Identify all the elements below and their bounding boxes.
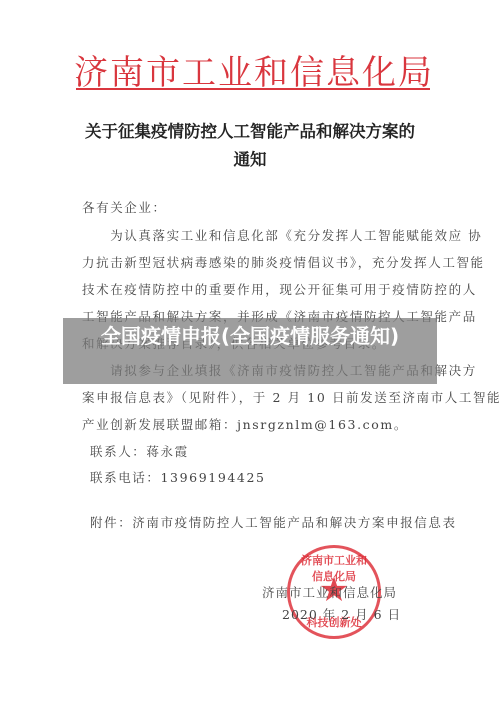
- document-title: 关于征集疫情防控人工智能产品和解决方案的 通知: [60, 118, 440, 174]
- body-line: 技术在疫情防控中的重要作用，现公开征集可用于疫情防控的人: [82, 282, 477, 298]
- body-line: 为认真落实工业和信息化部《充分发挥人工智能赋能效应 协: [82, 228, 482, 244]
- contact-phone: 联系电话：13969194425: [90, 470, 266, 486]
- signature-org: 济南市工业和信息化局: [262, 583, 397, 601]
- salutation: 各有关企业：: [82, 200, 167, 216]
- contact-person: 联系人：蒋永霞: [90, 444, 189, 460]
- attachment-line: 附件：济南市疫情防控人工智能产品和解决方案申报信息表: [90, 515, 457, 531]
- document-title-line-2: 通知: [60, 146, 440, 174]
- org-title: 济南市工业和信息化局: [74, 54, 430, 92]
- body-line: 产业创新发展联盟邮箱：jnsrgznlm@163.com。: [82, 417, 408, 433]
- org-title-underline: [76, 88, 430, 90]
- document-title-line-1: 关于征集疫情防控人工智能产品和解决方案的: [60, 118, 440, 146]
- body-line: 案申报信息表》（见附件），于 2 月 10 日前发送至济南市人工智能: [82, 390, 500, 406]
- caption-text: 全国疫情申报(全国疫情服务通知): [63, 318, 437, 352]
- body-line: 力抗击新型冠状病毒感染的肺炎疫情倡议书》，充分发挥人工智能: [82, 255, 485, 271]
- signature-date: 2020 年 2 月 6 日: [282, 605, 401, 623]
